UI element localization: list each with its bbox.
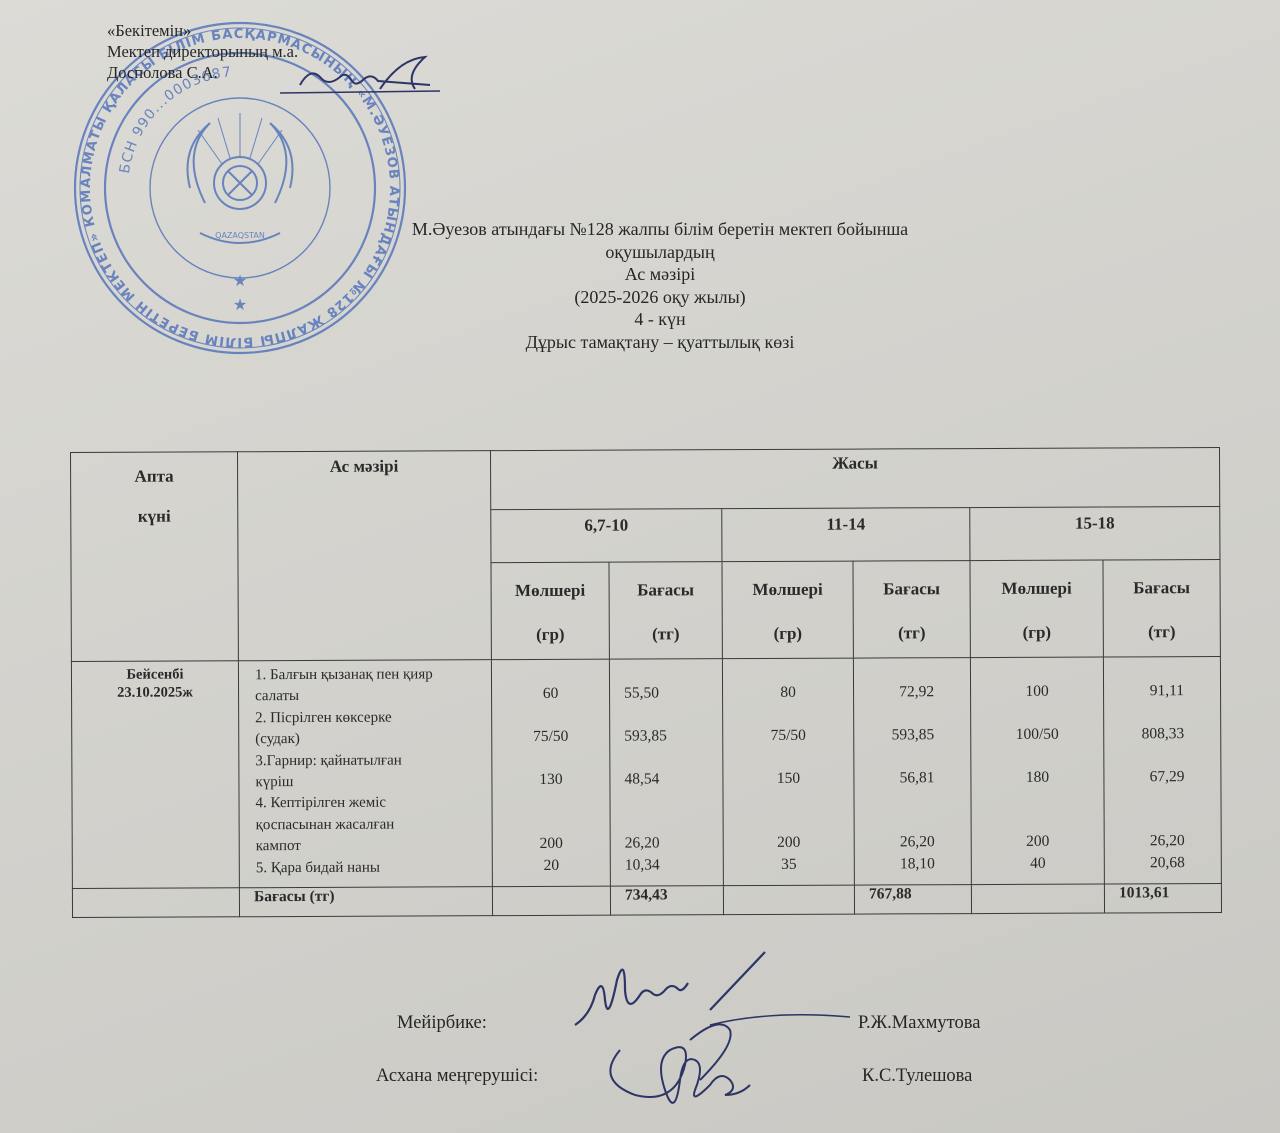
cell-value: 200 [493, 835, 610, 854]
cell-value: 18,10 [855, 855, 935, 873]
price-cell-group-1: 55,50593,8548,5426,2010,34 [609, 659, 723, 886]
canteen-name: К.С.Тулешова [862, 1066, 972, 1087]
menu-items-cell: 1. Балғын қызанақ пен қияр салаты 2. Піс… [238, 660, 492, 888]
total-label: Бағасы (тг) [239, 887, 492, 917]
cell-value: 180 [971, 768, 1103, 787]
cell-value: 10,34 [625, 856, 723, 874]
header-qty: Мөлшері(гр) [970, 560, 1103, 658]
cell-value: 130 [492, 771, 609, 790]
document-title: М.Әуезов атындағы №128 жалпы білім берет… [330, 218, 990, 353]
cell-value: 200 [972, 832, 1104, 851]
total-group-1: 734,43 [610, 886, 723, 915]
header-age-group-3: 15-18 [970, 506, 1220, 560]
total-group-3: 1013,61 [1104, 883, 1221, 913]
approval-block: «Бекітемін» Мектеп директорының м.а. Дос… [107, 20, 298, 83]
cell-value: 150 [723, 770, 853, 789]
cell-value: 593,85 [854, 726, 934, 744]
cell-value: 55,50 [624, 684, 722, 702]
cell-value: 80 [723, 684, 853, 703]
svg-text:★: ★ [233, 273, 247, 290]
table-row: Бейсенбі 23.10.2025ж 1. Балғын қызанақ п… [71, 656, 1221, 888]
qty-cell-group-1: 6075/5013020020 [491, 659, 610, 887]
cell-value: 75/50 [492, 728, 609, 747]
cell-value: 56,81 [854, 769, 934, 787]
cell-value: 91,11 [1104, 682, 1184, 700]
cell-value: 72,92 [854, 683, 934, 701]
title-school: М.Әуезов атындағы №128 жалпы білім берет… [330, 218, 990, 241]
title-students: оқушылардың [330, 241, 990, 264]
nurse-role: Мейірбике: [397, 1013, 487, 1034]
header-age-group-1: 6,7-10 [491, 509, 722, 563]
title-day: 4 - күн [330, 308, 990, 331]
director-signature [280, 55, 450, 105]
cell-value: 200 [724, 834, 854, 853]
header-menu: Ас мәзірі [238, 451, 492, 661]
price-cell-group-3: 91,11808,3367,2926,2020,68 [1103, 656, 1221, 884]
price-cell-group-2: 72,92593,8556,8126,2018,10 [853, 658, 971, 886]
header-age-group-2: 11-14 [722, 508, 970, 562]
qty-cell-group-3: 100100/5018020040 [970, 657, 1104, 885]
header-qty: Мөлшері(гр) [722, 561, 853, 659]
approval-name: Досполова С.А. [107, 62, 298, 83]
header-price: Бағасы(тг) [609, 562, 722, 659]
emblem-icon [188, 113, 293, 243]
cell-value: 26,20 [1105, 832, 1185, 850]
title-year: (2025-2026 оқу жылы) [330, 286, 990, 309]
svg-text:QAZAQSTAN: QAZAQSTAN [215, 231, 265, 240]
day-cell: Бейсенбі 23.10.2025ж [71, 661, 239, 889]
canteen-signature [600, 1020, 780, 1120]
approval-heading: «Бекітемін» [107, 20, 298, 41]
cell-value: 808,33 [1104, 725, 1184, 743]
cell-value: 26,20 [625, 834, 723, 852]
nurse-name: Р.Ж.Махмутова [858, 1013, 980, 1034]
approval-position: Мектеп директорының м.а. [107, 41, 298, 62]
header-price: Бағасы(тг) [1103, 559, 1220, 657]
cell-value: 48,54 [624, 770, 722, 788]
cell-value: 40 [972, 854, 1104, 873]
title-menu: Ас мәзірі [330, 263, 990, 286]
cell-value: 35 [724, 856, 854, 875]
cell-value: 26,20 [855, 833, 935, 851]
header-age: Жасы [490, 447, 1219, 509]
cell-value: 20,68 [1105, 854, 1185, 872]
cell-value: 100/50 [971, 725, 1103, 744]
header-qty: Мөлшері(гр) [491, 562, 609, 660]
cell-value: 67,29 [1104, 768, 1184, 786]
canteen-role: Асхана меңгерушісі: [376, 1066, 538, 1087]
total-row: Бағасы (тг) 734,43 767,88 1013,61 [72, 883, 1221, 917]
header-price: Бағасы(тг) [853, 561, 970, 659]
header-weekday: Аптакүні [71, 452, 239, 662]
cell-value: 100 [971, 682, 1103, 701]
menu-table: Аптакүні Ас мәзірі Жасы 6,7-10 11-14 15-… [70, 447, 1222, 918]
qty-cell-group-2: 8075/5015020035 [722, 658, 854, 886]
cell-value: 20 [493, 857, 610, 876]
total-group-2: 767,88 [854, 885, 971, 915]
title-slogan: Дұрыс тамақтану – қуаттылық көзі [330, 331, 990, 354]
cell-value: 60 [492, 685, 609, 704]
svg-text:★: ★ [233, 297, 247, 314]
cell-value: 75/50 [723, 727, 853, 746]
cell-value: 593,85 [624, 727, 722, 745]
